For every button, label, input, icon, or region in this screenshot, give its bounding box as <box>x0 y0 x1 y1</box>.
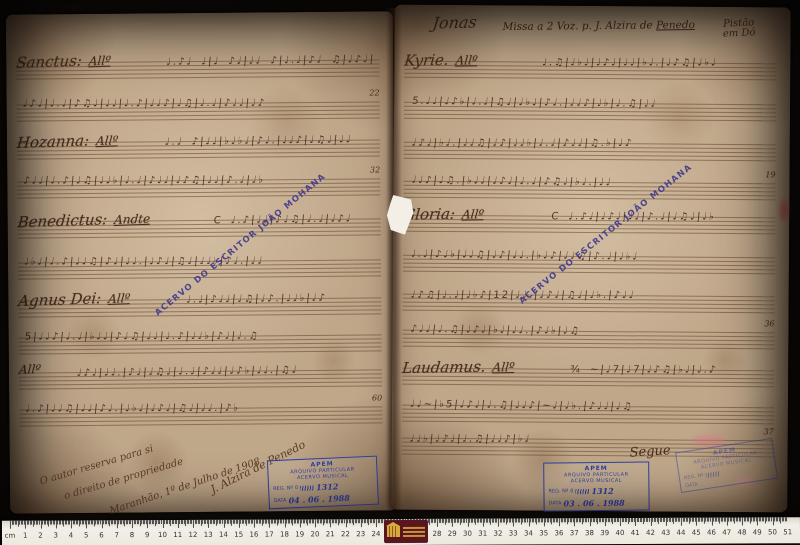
staff-system: Kyrie.Allº♩.♫|♩♭♩|♩♪♩|♩♩|♭♩.|♩♪♫|♩♭♩ <box>404 61 776 81</box>
section-label: Kyrie.Allº <box>403 50 478 69</box>
ruler-number: 3 <box>54 531 59 539</box>
ruler-number: 39 <box>600 529 609 537</box>
ruler-number: 28 <box>433 530 442 538</box>
handwritten-notation: 5|♩♩♪|♩.♩|♭♩♩|♪♩♫|♩♩|♩.♪|♩♩♭|♪♩|♩.♫ <box>24 330 378 342</box>
date-value: 03 . 06 . 1988 <box>563 498 624 509</box>
staff-line <box>404 77 776 81</box>
measure-count: 22 <box>369 88 379 97</box>
staff-system: ♩♪♩|♭♩.|♩♩♫|♩♪|♩♩♭|♩.♩|♪♩♩|♫.♭|♩♪ <box>404 142 776 162</box>
measure-count: 36 <box>764 319 774 328</box>
tempo-marking: Allº <box>95 133 118 148</box>
ruler-number: 33 <box>509 529 518 537</box>
tempo-marking: Allº <box>108 291 131 306</box>
staff-line <box>402 342 774 346</box>
staff-system: ♩♪♩|♩.♩|♪♫♩|♩♩|♩.♪|♩♩♪|♩♫|♩.♩|♪♩♩|♩♪22 <box>17 101 380 121</box>
handwritten-notation: ♩♪♩|♭♩.|♩♩♫|♩♪|♩♩♭|♩.♩|♪♩♩|♫.♭|♩♪ <box>411 138 772 150</box>
measure-count: 32 <box>370 165 380 174</box>
section-label: Gloria:Allº <box>402 204 485 224</box>
ruler-number: 1 <box>23 532 28 540</box>
ruler-number: 4 <box>69 531 74 539</box>
ruler-number: 19 <box>295 530 304 538</box>
staff-line <box>404 154 776 158</box>
staff-system: Benedictus:AndteC ♩.♪|♩♩|♪♩♫|♩.♩|♩♪♩ <box>18 218 381 238</box>
stamp-date-line: DATA 03 . 06 . 1988 <box>549 498 645 509</box>
ruler-number: 2 <box>38 532 43 540</box>
staff-line <box>17 117 380 121</box>
reg-label: REG. Nº <box>273 485 293 492</box>
staff-system: Sanctus:Allº♩.♪♩ ♩|♩ ♪♩|♩♩ ♪|♩.♩|♪♩ ♫|♩♪… <box>16 59 379 79</box>
reg-crossed-value: 0 <box>570 488 573 494</box>
staff-line <box>402 380 774 384</box>
staff-system: ♩♪♫|♩.♩|♩♭♪|12|♩♩.|♩♪♩|♫♩|♩♭.|♪♩♩ <box>403 294 775 314</box>
ruler-number: 34 <box>524 529 533 537</box>
tempo-marking: Allº <box>461 207 484 221</box>
handwritten-notation: ♩♪♩|♩.♩|♪♫♩|♩♩|♩.♪|♩♩♪|♩♫|♩.♩|♪♩♩|♩♪ <box>22 97 376 109</box>
ruler-number: 36 <box>555 529 564 537</box>
staff-system: Allº♩♪♩|♩♩.|♪♩|♩♫♩|♩.♩|♪♩♩|♩♪♭|♩♩.|♫♩ <box>19 369 382 389</box>
ruler-number: 20 <box>311 530 320 538</box>
staff-line <box>403 271 775 275</box>
measure-count: 37 <box>764 427 774 436</box>
reg-number: 1312 <box>591 486 613 496</box>
manuscript-scan: Sanctus:Allº♩.♪♩ ♩|♩ ♪♩|♩♩ ♪|♩.♩|♪♩ ♫|♩♪… <box>0 0 800 545</box>
apem-archive-stamp: APEM ARQUIVO PARTICULAR ACERVO MUSICAL R… <box>543 461 650 511</box>
ruler-number: 9 <box>145 531 150 539</box>
ruler-number: 6 <box>99 531 104 539</box>
handwritten-notation: ¾ ~|♩7|♩7|♩♪♫|♭♩|♩.♪ <box>570 364 771 375</box>
handwritten-notation: C ♩.♪|♩♩|♪♩♫|♩.♩|♩♪♩ <box>213 213 377 226</box>
staff-line <box>402 417 774 421</box>
ruler-number: 45 <box>692 529 701 537</box>
staff-line <box>19 350 382 354</box>
author-name-underlined: Penedo <box>656 19 695 31</box>
stamp-date-line: DATA 04 . 06 . 1988 <box>273 492 373 506</box>
section-label: Sanctus:Allº <box>15 51 111 72</box>
staff-line <box>18 313 381 317</box>
staff-line <box>18 234 381 238</box>
staff-line <box>403 193 775 197</box>
staff-system: Agnus Dei:Allº♩.♩|♪♩♩|♩♫|♩♪.|♩♩♭|♩♪ <box>18 297 381 317</box>
tempo-marking: Allº <box>455 53 478 67</box>
measuring-ruler: cm12345678910111213141516171819202122232… <box>2 517 800 545</box>
ruler-number: 47 <box>722 529 731 537</box>
staff-system: ♩♩~|♭5|♩♪♩|♩.♫|♩♩♪|~♩|♩♭.|♪♩♩|♩♫ <box>402 405 774 425</box>
date-value: 04 . 06 . 1988 <box>288 493 350 506</box>
stamp-collection: ACERVO MUSICAL <box>548 478 644 485</box>
ruler-number: 8 <box>130 531 135 539</box>
left-page-systems: Sanctus:Allº♩.♪♩ ♩|♩ ♪♩|♩♩ ♪|♩.♩|♪♩ ♫|♩♪… <box>6 11 393 14</box>
staff-line <box>404 69 776 73</box>
staff-line <box>403 310 775 314</box>
ruler-number: 21 <box>326 530 335 538</box>
building-icon <box>387 526 400 537</box>
handwritten-notation: ♩♪♫|♩.♩|♩♭♪|12|♩♩.|♩♪♩|♫♩|♩♭.|♪♩♩ <box>410 290 771 302</box>
date-label: DATA <box>685 481 699 489</box>
handwritten-notation: C ♩.♪♩|♩♪♩|♩♩|♪.♩|♩♫♩|♩♭ <box>551 211 772 222</box>
subtitle-text: Missa a 2 Voz. p. J. Alzira de <box>503 19 657 33</box>
handwritten-notation: ♩♭♩|♩.♪|♩♩♫|♪♩|♩♩.|♩♪♩|♫♩|♩♩♭|♪♩.|♩♩ <box>24 255 378 267</box>
binding-spine-shadow <box>386 8 402 510</box>
ruler-number: 42 <box>646 529 655 537</box>
apem-archive-stamp: APEM ARQUIVO PARTICULAR ACERVO MUSICAL R… <box>267 456 379 510</box>
ruler-number: 32 <box>494 530 503 538</box>
ruler-number: 46 <box>707 529 716 537</box>
ruler-tick <box>786 517 787 521</box>
reg-strikethrough <box>575 489 589 494</box>
segue-marking: Segue <box>629 443 671 461</box>
staff-line <box>403 302 775 306</box>
apem-logo <box>384 520 428 543</box>
staff-system: Hozanna:Allº♩.♩ ♪|♩♩|♭♩♭♩|♪♩.|♩♩♪|♩♫♩|♩♩ <box>17 139 380 159</box>
staff-line <box>403 306 775 310</box>
staff-system: ♩.♪|♩♩♫|♩♩|♪♩.|♩♭♩|♩♪♩|♫♩|♩♩.|♪♭60 <box>19 406 382 426</box>
ruler-number: 22 <box>341 530 350 538</box>
staff-line <box>402 384 774 388</box>
measure-count: 60 <box>372 393 382 402</box>
staff-line <box>404 118 776 122</box>
right-page: Jonas Missa a 2 Voz. p. J. Alzira de Pen… <box>391 5 791 513</box>
staff-line <box>19 385 382 389</box>
stamp-reg-line: REG. Nº 0 1312 <box>548 486 644 497</box>
section-label: Hozanna:Allº <box>16 130 119 152</box>
staff-line <box>403 267 775 271</box>
ruler-number: 38 <box>585 529 594 537</box>
ruler-number: 35 <box>539 529 548 537</box>
staff-system: ♩.♩|♪♩♭|♩♩♫|♩♪|♩♩.|♭♩♪|♩♩♫|♪.♩|♩♭♩ <box>403 255 775 275</box>
measure-count: 19 <box>765 170 775 179</box>
staff-line <box>403 197 775 201</box>
ruler-number: 30 <box>463 530 472 538</box>
reg-label: REG. Nº <box>548 488 568 494</box>
reg-strikethrough <box>300 485 314 491</box>
ruler-number: 7 <box>115 531 120 539</box>
tempo-marking: Allº <box>18 362 41 377</box>
staff-line <box>19 422 382 426</box>
staff-system: ♪♩♩|♩.♫|♩♪♩|♭♩|♩♩.|♪♩♭|♩♫36 <box>402 330 774 350</box>
ruler-number: 5 <box>84 531 89 539</box>
ruler-number: 50 <box>768 528 777 536</box>
handwritten-notation: ♩.♪|♩♩♫|♩♩|♪♩.|♩♭♩|♩♪♩|♫♩|♩♩.|♪♭ <box>25 402 379 414</box>
staff-system: 5.♩♩|♩♪♭|♩.♩|♫♩|♩♭♩|♪♩.|♩♩♪|♩♭|♩.♫|♩♩ <box>404 102 776 122</box>
ruler-number: 49 <box>753 528 762 536</box>
ruler-number: 13 <box>204 531 213 539</box>
piece-title: Jonas <box>432 12 478 32</box>
ruler-number: 15 <box>234 531 243 539</box>
ruler-number: 14 <box>219 531 228 539</box>
staff-line <box>17 155 380 159</box>
tempo-marking: Allº <box>492 360 515 374</box>
staff-line <box>403 227 775 231</box>
ruler-number: 37 <box>570 529 579 537</box>
ruler-number: 44 <box>677 529 686 537</box>
ruler-number: 18 <box>280 530 289 538</box>
piece-subtitle: Missa a 2 Voz. p. J. Alzira de Penedo <box>503 19 695 33</box>
staff-system: 5|♩♩♪|♩.♩|♭♩♩|♪♩♫|♩♩|♩.♪|♩♩♭|♪♩|♩.♫ <box>19 334 382 354</box>
ruler-number: 11 <box>173 531 182 539</box>
section-label: Laudamus.Allº <box>401 357 515 377</box>
date-label: DATA <box>274 498 287 505</box>
date-label: DATA <box>549 500 562 506</box>
ruler-number: 17 <box>265 531 274 539</box>
tempo-marking: Andte <box>114 212 151 227</box>
left-page: Sanctus:Allº♩.♪♩ ♩|♩ ♪♩|♩♩ ♪|♩.♩|♪♩ ♫|♩♪… <box>6 11 397 513</box>
staff-line <box>403 231 775 235</box>
part-key: em Dó <box>723 27 756 39</box>
staff-line <box>402 376 774 380</box>
reg-strikethrough <box>705 471 720 478</box>
staff-system: ♩♩♪|♩♫.|♭♩♩|♩♪♩|♩.♩|♪♫♩|♭♩.|♩♩19 <box>403 181 775 201</box>
staff-line <box>404 73 776 77</box>
staff-line <box>402 421 774 425</box>
ruler-number: 40 <box>616 529 625 537</box>
staff-system: ♪♩♩|♩.♪|♩♫|♩♩♭|♩.♩|♪♩♩|♩♪♫|♩♩|♪.♩|♩♭32 <box>17 178 380 198</box>
ruler-number: 48 <box>738 528 747 536</box>
staff-line <box>404 158 776 162</box>
ruler-number: 29 <box>448 530 457 538</box>
right-page-systems: Kyrie.Allº♩.♫|♩♭♩|♩♪♩|♩♩|♭♩.|♩♪♫|♩♭♩5.♩♩… <box>395 5 791 8</box>
staff-line <box>403 223 775 227</box>
ruler-number: 12 <box>189 531 198 539</box>
ruler-unit-label: cm <box>5 532 16 540</box>
ruler-number: 10 <box>158 531 167 539</box>
ruler-number: 41 <box>631 529 640 537</box>
instrument-part-label: Pistãoem Dó <box>722 18 755 39</box>
staff-system: Gloria:AllºC ♩.♪♩|♩♪♩|♩♩|♪.♩|♩♫♩|♩♭ <box>403 215 775 235</box>
ruler-number: 43 <box>661 529 670 537</box>
ruler-number: 31 <box>478 530 487 538</box>
staff-system: Laudamus.Allº¾ ~|♩7|♩7|♩♪♫|♭♩|♩.♪ <box>402 368 774 388</box>
staff-line <box>404 150 776 154</box>
staff-line <box>402 346 774 350</box>
ruler-number: 23 <box>356 530 365 538</box>
ruler-number: 24 <box>372 530 381 538</box>
reg-crossed-value: 0 <box>295 485 298 491</box>
tempo-marking: Allº <box>88 54 111 69</box>
ruler-number: 51 <box>783 528 792 536</box>
staff-line <box>17 194 380 198</box>
ruler-number: 16 <box>250 531 259 539</box>
staff-line <box>16 75 379 79</box>
red-edge-mark <box>779 199 788 221</box>
handwritten-notation: ♩.♫|♩♭♩|♩♪♩|♩♩|♭♩.|♩♪♫|♩♭♩ <box>542 57 773 68</box>
logo-text-lines <box>403 526 425 536</box>
staff-line <box>404 114 776 118</box>
reg-number: 1312 <box>316 481 339 492</box>
ownership-inscription-line3: Maranhão, 1º de Julho de 1908 <box>108 456 261 517</box>
